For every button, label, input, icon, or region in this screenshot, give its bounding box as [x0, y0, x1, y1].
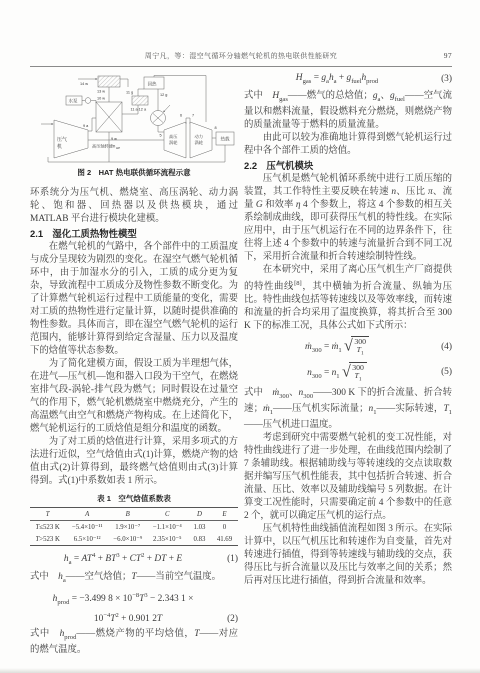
combustor-outlet-duct	[158, 126, 164, 133]
stream-label-11g: 11 g	[126, 91, 133, 95]
cell-r1-B: 1.9×10⁻⁷	[109, 521, 146, 534]
stream-label-14w: 14 w	[80, 82, 88, 86]
cell-r2-C: 2.35×10⁻⁵	[146, 533, 188, 546]
power-turbine-label-line2: 涡轮	[195, 139, 204, 146]
stream-label-9w: 9 w	[111, 137, 117, 141]
economizer-hx	[132, 96, 148, 105]
equation-1-tag: (1)	[216, 553, 238, 566]
col-header-B: B	[109, 508, 146, 521]
shaft-speed-subscript: HP	[116, 146, 120, 150]
paragraph-2-2-c: 考虑到研究中需要燃气轮机的变工况性能，对特性曲线进行了进一步处理，在曲线范围内绘…	[244, 432, 452, 523]
cell-r1-T: T≤523 K	[30, 521, 65, 534]
radical-sign: √	[342, 364, 351, 380]
paragraph-2-1-a: 在燃气轮机的气路中，各个部件中的工质温度与成分呈现较为剧烈的变化。在湿空气燃气轮…	[30, 241, 238, 358]
equation-4-tag: (4)	[430, 341, 452, 354]
equation-3-tag: (3)	[430, 73, 452, 86]
recuperator-label: 回热	[148, 81, 157, 88]
cell-r2-A: 6.5×10⁻¹²	[65, 533, 109, 546]
pump-symbol	[85, 98, 91, 104]
equation-5-tag: (5)	[430, 366, 452, 379]
equation-4-lhs: ṁ300 = ṁ1	[305, 342, 342, 352]
equation-4-radical: √300T1	[344, 336, 369, 359]
equation-4: ṁ300 = ṁ1 √300T1 (4)	[244, 336, 452, 359]
stream-label-9a: 9 a	[83, 124, 89, 128]
equation-1: ha = AT4 + BT3 + CT2 + DT + E (1)	[30, 549, 238, 569]
shaft-speed-label: 高压轴转速n	[92, 143, 116, 150]
interturbine-duct	[186, 118, 190, 124]
compressor-label-line1: 压气	[57, 136, 67, 143]
cell-r2-E: 41.69	[211, 533, 238, 546]
stream-label-13w: 13 w	[97, 90, 105, 94]
paragraph-2-2-a: 压气机是燃气轮机循环系统中进行工质压缩的装置，其工作特性主要反映在转速 n、压比…	[244, 173, 452, 264]
equation-1-body: ha = AT4 + BT3 + CT2 + DT + E	[30, 549, 216, 569]
stream-number-7: 7	[192, 114, 194, 118]
radical-sign: √	[344, 339, 353, 355]
equation-3-note: 式中 Hgas——燃气的总焓值；ga、gfuel——空气流量以和燃料流量，假设燃…	[244, 90, 452, 132]
water-pump-label: 水泵	[69, 98, 78, 105]
equation-2-body: hprod = −3.499 8 × 10−8T3 − 2.343 1 × 10…	[30, 589, 216, 626]
equation-5-body: n300 = n1 √300T1	[244, 362, 430, 385]
cell-r1-A: −5.4×10⁻¹¹	[65, 521, 109, 534]
power-turbine-label-line1: 动力	[195, 133, 203, 140]
equation-2: hprod = −3.499 8 × 10−8T3 − 2.343 1 × 10…	[30, 589, 238, 626]
hp-turbine-label-line2: 涡轮	[169, 139, 178, 146]
col-header-A: A	[65, 508, 109, 521]
page-bottom-edge	[0, 668, 480, 673]
left-column: 压气 机 高压轴转速n HP 水泵 回热 高压 涡轮 动力 涡轮 热载 14 w…	[30, 74, 238, 657]
cell-r2-D: 0.83	[188, 533, 211, 546]
stream-number-8: 8	[215, 126, 217, 130]
right-column: Hgas = gaha + gfuelhprod (3) 式中 Hgas——燃气…	[244, 70, 452, 588]
heat-load-label: 热载	[221, 136, 230, 143]
figure-2-diagram: 压气 机 高压轴转速n HP 水泵 回热 高压 涡轮 动力 涡轮 热载 14 w…	[30, 74, 238, 179]
equation-4-denominator: T1	[357, 346, 364, 358]
stream-label-12g: 12 g	[160, 93, 167, 97]
page-number: 97	[426, 51, 452, 60]
equation-4-body: ṁ300 = ṁ1 √300T1	[244, 336, 430, 359]
cell-r2-B: −6.0×10⁻⁹	[109, 533, 146, 546]
col-header-E: E	[211, 508, 238, 521]
col-header-C: C	[146, 508, 188, 521]
table-row: T≤523 K −5.4×10⁻¹¹ 1.9×10⁻⁷ −1.1×10⁻⁴ 1.…	[30, 521, 238, 534]
hp-turbine-label-line1: 高压	[169, 133, 178, 140]
cell-r1-D: 1.03	[188, 521, 211, 534]
stream-number-6: 6	[180, 114, 182, 118]
aftercooler-hx	[98, 76, 120, 87]
equation-3: Hgas = gaha + gfuelhprod (3)	[244, 72, 452, 88]
paper-page: 周宁凡，等：湿空气循环分轴燃气轮机的热电联供性能研究 97	[0, 0, 480, 673]
economizer-to-recuperator-duct	[138, 89, 144, 96]
equation-2-line1: hprod = −3.499 8 × 10−8T3 − 2.343 1 ×	[30, 589, 216, 609]
equation-5-radical: √300T1	[342, 362, 367, 385]
paragraph-2-1-c: 为了对工质的焓值进行计算，采用多项式的方法进行近似，空气焓值由式(1)计算，燃烧…	[30, 436, 238, 488]
equations-4-5-note: 式中 ṁ300、n300——300 K 下的折合流量、折合转速；ṁ1——压气机实…	[244, 387, 452, 432]
compressor-outlet-duct	[88, 118, 96, 131]
pump-discharge-line	[91, 101, 96, 104]
running-head-title: 周宁凡，等：湿空气循环分轴燃气轮机的热电联供性能研究	[56, 51, 426, 61]
paragraph-2-1-b: 为了简化建模方面，假设工质为半理想气体，在进气—压气机—饱和器入口段为干空气，在…	[30, 358, 238, 436]
cell-r1-C: −1.1×10⁻⁴	[146, 521, 188, 534]
equation-5: n300 = n1 √300T1 (5)	[244, 362, 452, 385]
stream-number-5: 5	[160, 134, 162, 138]
compressor-label-line2: 机	[57, 143, 62, 150]
paragraph-enthalpy-conclusion: 由此可以较为准确地计算得到燃气轮机运行过程中各个部件工质的焓值。	[244, 132, 452, 158]
paragraph-2-2-b: 在本研究中，采用了离心压气机生产厂商提供的特性曲线[8]，其中横轴为折合流量、纵…	[244, 264, 452, 333]
col-header-D: D	[188, 508, 211, 521]
paragraph-intro: 环系统分为压气机、燃烧室、高压涡轮、动力涡轮、饱和器、回热器以及供热模块，通过 …	[30, 187, 238, 226]
cell-r2-T: T>523 K	[30, 533, 65, 546]
cell-r1-E: 0	[211, 521, 238, 534]
table-header-row: T A B C D E	[30, 508, 238, 521]
equation-2-tag: (2)	[216, 613, 238, 626]
stream-label-11a-12a: 11 a 12 a	[131, 108, 147, 112]
equation-1-note: 式中 ha——空气焓值；T——当前空气温度。	[30, 571, 238, 587]
col-header-T: T	[30, 508, 65, 521]
figure-2-caption: 图 2 HAT 热电联供循环流程示意	[30, 166, 238, 179]
running-head: 周宁凡，等：湿空气循环分轴燃气轮机的热电联供性能研究 97	[30, 51, 452, 61]
fuel-inlet-line	[164, 105, 171, 112]
paragraph-2-2-d: 压气机特性曲线插值流程如图 3 所示。在实际计算中，以压气机压比和转速作为自变量…	[244, 523, 452, 588]
equation-2-note: 式中 hprod——燃烧产物的平均焓值，T——对应的燃气温度。	[30, 628, 238, 657]
table-row: T>523 K 6.5×10⁻¹² −6.0×10⁻⁹ 2.35×10⁻⁵ 0.…	[30, 533, 238, 546]
equation-5-lhs: n300 = n1	[307, 368, 340, 378]
section-heading-2-2: 2.2 压气机模块	[244, 159, 452, 172]
section-heading-2-1: 2.1 湿化工质热物性模型	[30, 227, 238, 240]
hx-outlet-line	[120, 79, 128, 87]
hat-cycle-flow-diagram: 压气 机 高压轴转速n HP 水泵 回热 高压 涡轮 动力 涡轮 热载 14 w…	[30, 74, 238, 164]
equation-2-line2: 10−4T2 + 0.901 2T	[30, 609, 216, 626]
equation-3-body: Hgas = gaha + gfuelhprod	[244, 72, 430, 88]
table-1-title: 表 1 空气焓值系数表	[30, 492, 238, 505]
equation-5-denominator: T1	[355, 372, 362, 384]
air-enthalpy-coefficient-table: T A B C D E T≤523 K −5.4×10⁻¹¹ 1.9×10⁻⁷ …	[30, 507, 238, 546]
header-rule	[30, 66, 452, 67]
stream-label-10w: 10 w	[97, 97, 105, 101]
